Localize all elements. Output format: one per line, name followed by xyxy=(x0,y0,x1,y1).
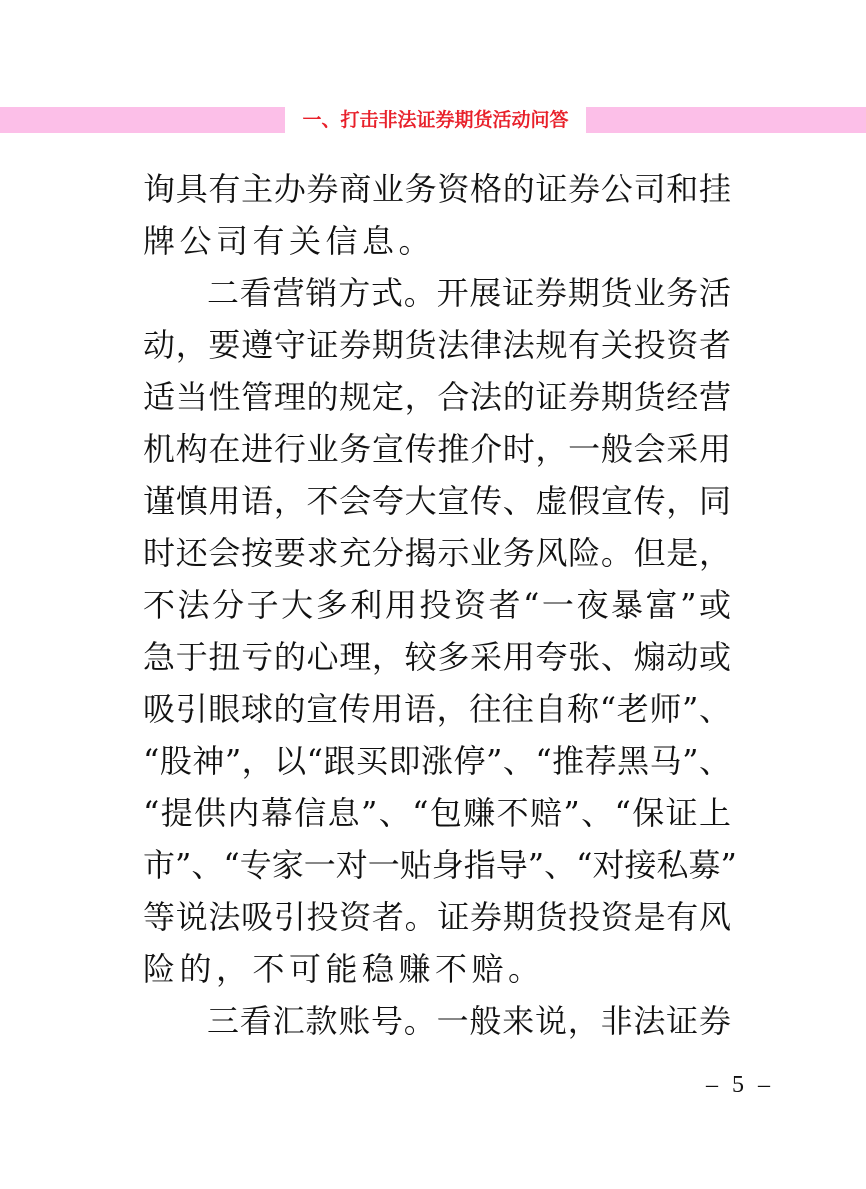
header-bar-right-decoration xyxy=(586,107,866,133)
text-line: “股神”，以“跟买即涨停”、“推荐黑马”、 xyxy=(143,739,731,791)
text-line: 时还会按要求充分揭示业务风险。但是， xyxy=(143,531,731,583)
text-line: 询具有主办券商业务资格的证券公司和挂 xyxy=(143,167,731,219)
text-line: 急于扭亏的心理，较多采用夸张、煽动或 xyxy=(143,635,731,687)
text-line: “提供内幕信息”、“包赚不赔”、“保证上 xyxy=(143,791,731,843)
text-line: 不法分子大多利用投资者“一夜暴富”或 xyxy=(143,583,731,635)
text-line: 动，要遵守证券期货法律法规有关投资者 xyxy=(143,323,731,375)
text-line: 险的，不可能稳赚不赔。 xyxy=(143,947,731,999)
paragraph-start-line: 二看营销方式。开展证券期货业务活 xyxy=(143,271,731,323)
page-body-text: 询具有主办券商业务资格的证券公司和挂 牌公司有关信息。 二看营销方式。开展证券期… xyxy=(143,167,731,1051)
text-line: 机构在进行业务宣传推介时，一般会采用 xyxy=(143,427,731,479)
text-line: 谨慎用语，不会夸大宣传、虚假宣传，同 xyxy=(143,479,731,531)
section-title: 一、打击非法证券期货活动问答 xyxy=(285,107,586,133)
header-bar-left-decoration xyxy=(0,107,285,133)
page-number: – 5 – xyxy=(690,1072,790,1099)
text-line: 市”、“专家一对一贴身指导”、“对接私募” xyxy=(143,843,731,895)
text-line: 牌公司有关信息。 xyxy=(143,219,731,271)
text-line: 适当性管理的规定，合法的证券期货经营 xyxy=(143,375,731,427)
section-header-bar: 一、打击非法证券期货活动问答 xyxy=(0,107,866,133)
text-line: 吸引眼球的宣传用语，往往自称“老师”、 xyxy=(143,687,731,739)
text-line: 等说法吸引投资者。证券期货投资是有风 xyxy=(143,895,731,947)
paragraph-start-line: 三看汇款账号。一般来说，非法证券 xyxy=(143,999,731,1051)
